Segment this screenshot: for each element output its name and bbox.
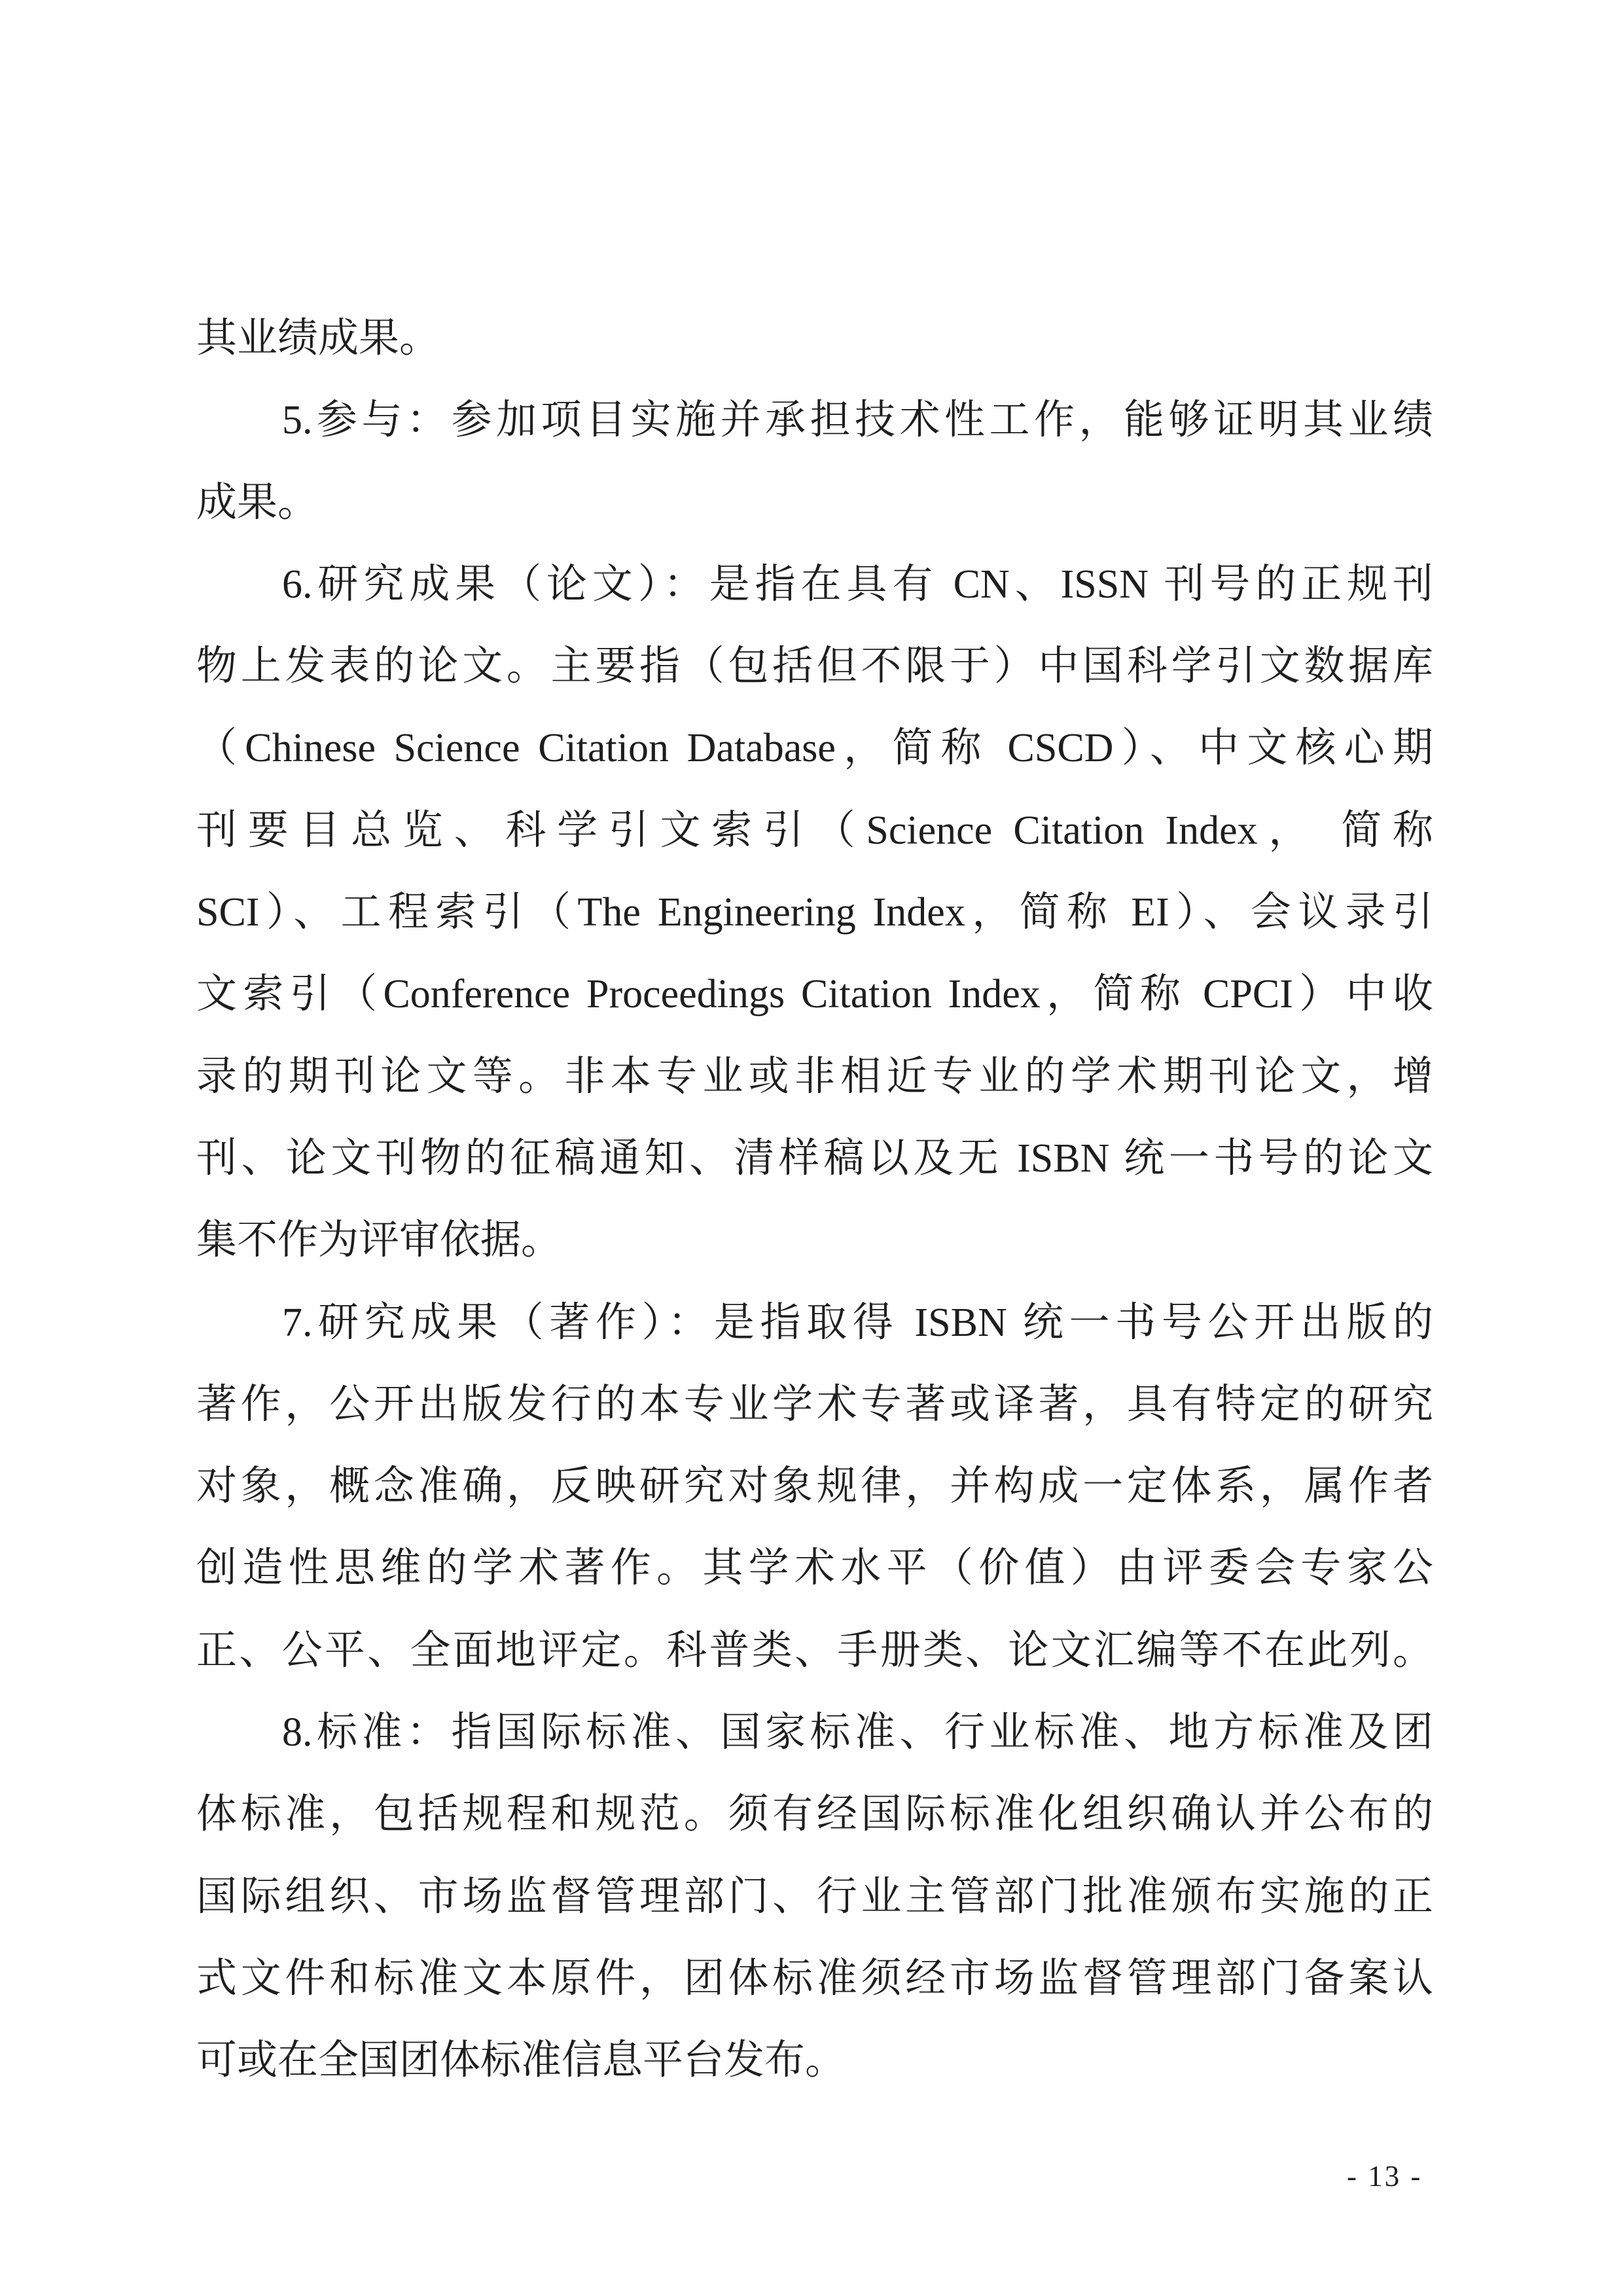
text-line: SCI）、工程索引（The Engineering Index，简称 EI）、会… <box>196 872 1433 954</box>
document-page: 其业绩成果。 5.参与：参加项目实施并承担技术性工作，能够证明其业绩 成果。 6… <box>0 0 1623 2296</box>
text-line: 8.标准：指国际标准、国家标准、行业标准、地方标准及团 <box>196 1692 1433 1774</box>
text-line: 录的期刊论文等。非本专业或非相近专业的学术期刊论文，增 <box>196 1036 1433 1118</box>
text-line: 国际组织、市场监督管理部门、行业主管部门批准颁布实施的正 <box>196 1856 1433 1938</box>
text-line: 成果。 <box>196 462 1433 544</box>
text-line: 6.研究成果（论文）：是指在具有 CN、ISSN 刊号的正规刊 <box>196 544 1433 626</box>
text-line: 式文件和标准文本原件，团体标准须经市场监督管理部门备案认 <box>196 1938 1433 2020</box>
text-line: 创造性思维的学术著作。其学术水平（价值）由评委会专家公 <box>196 1528 1433 1609</box>
page-number: - 13 - <box>1347 2157 1422 2195</box>
text-line: 集不作为评审依据。 <box>196 1200 1433 1282</box>
text-line: 刊、论文刊物的征稿通知、清样稿以及无 ISBN 统一书号的论文 <box>196 1118 1433 1200</box>
text-line: 其业绩成果。 <box>196 298 1433 380</box>
text-line: 体标准，包括规程和规范。须有经国际标准化组织确认并公布的 <box>196 1774 1433 1856</box>
text-line: 对象，概念准确，反映研究对象规律，并构成一定体系，属作者 <box>196 1446 1433 1528</box>
text-line: 物上发表的论文。主要指（包括但不限于）中国科学引文数据库 <box>196 626 1433 708</box>
text-line: 正、公平、全面地评定。科普类、手册类、论文汇编等不在此列。 <box>196 1610 1433 1692</box>
text-line: 刊要目总览、科学引文索引（Science Citation Index， 简称 <box>196 790 1433 872</box>
text-line: 著作，公开出版发行的本专业学术专著或译著，具有特定的研究 <box>196 1364 1433 1446</box>
text-line: （Chinese Science Citation Database，简称 CS… <box>196 708 1433 789</box>
text-line: 文索引（Conference Proceedings Citation Inde… <box>196 954 1433 1035</box>
text-line: 可或在全国团体标准信息平台发布。 <box>196 2020 1433 2102</box>
text-line: 5.参与：参加项目实施并承担技术性工作，能够证明其业绩 <box>196 380 1433 461</box>
body-text: 其业绩成果。 5.参与：参加项目实施并承担技术性工作，能够证明其业绩 成果。 6… <box>196 298 1433 2102</box>
text-line: 7.研究成果（著作）：是指取得 ISBN 统一书号公开出版的 <box>196 1282 1433 1364</box>
